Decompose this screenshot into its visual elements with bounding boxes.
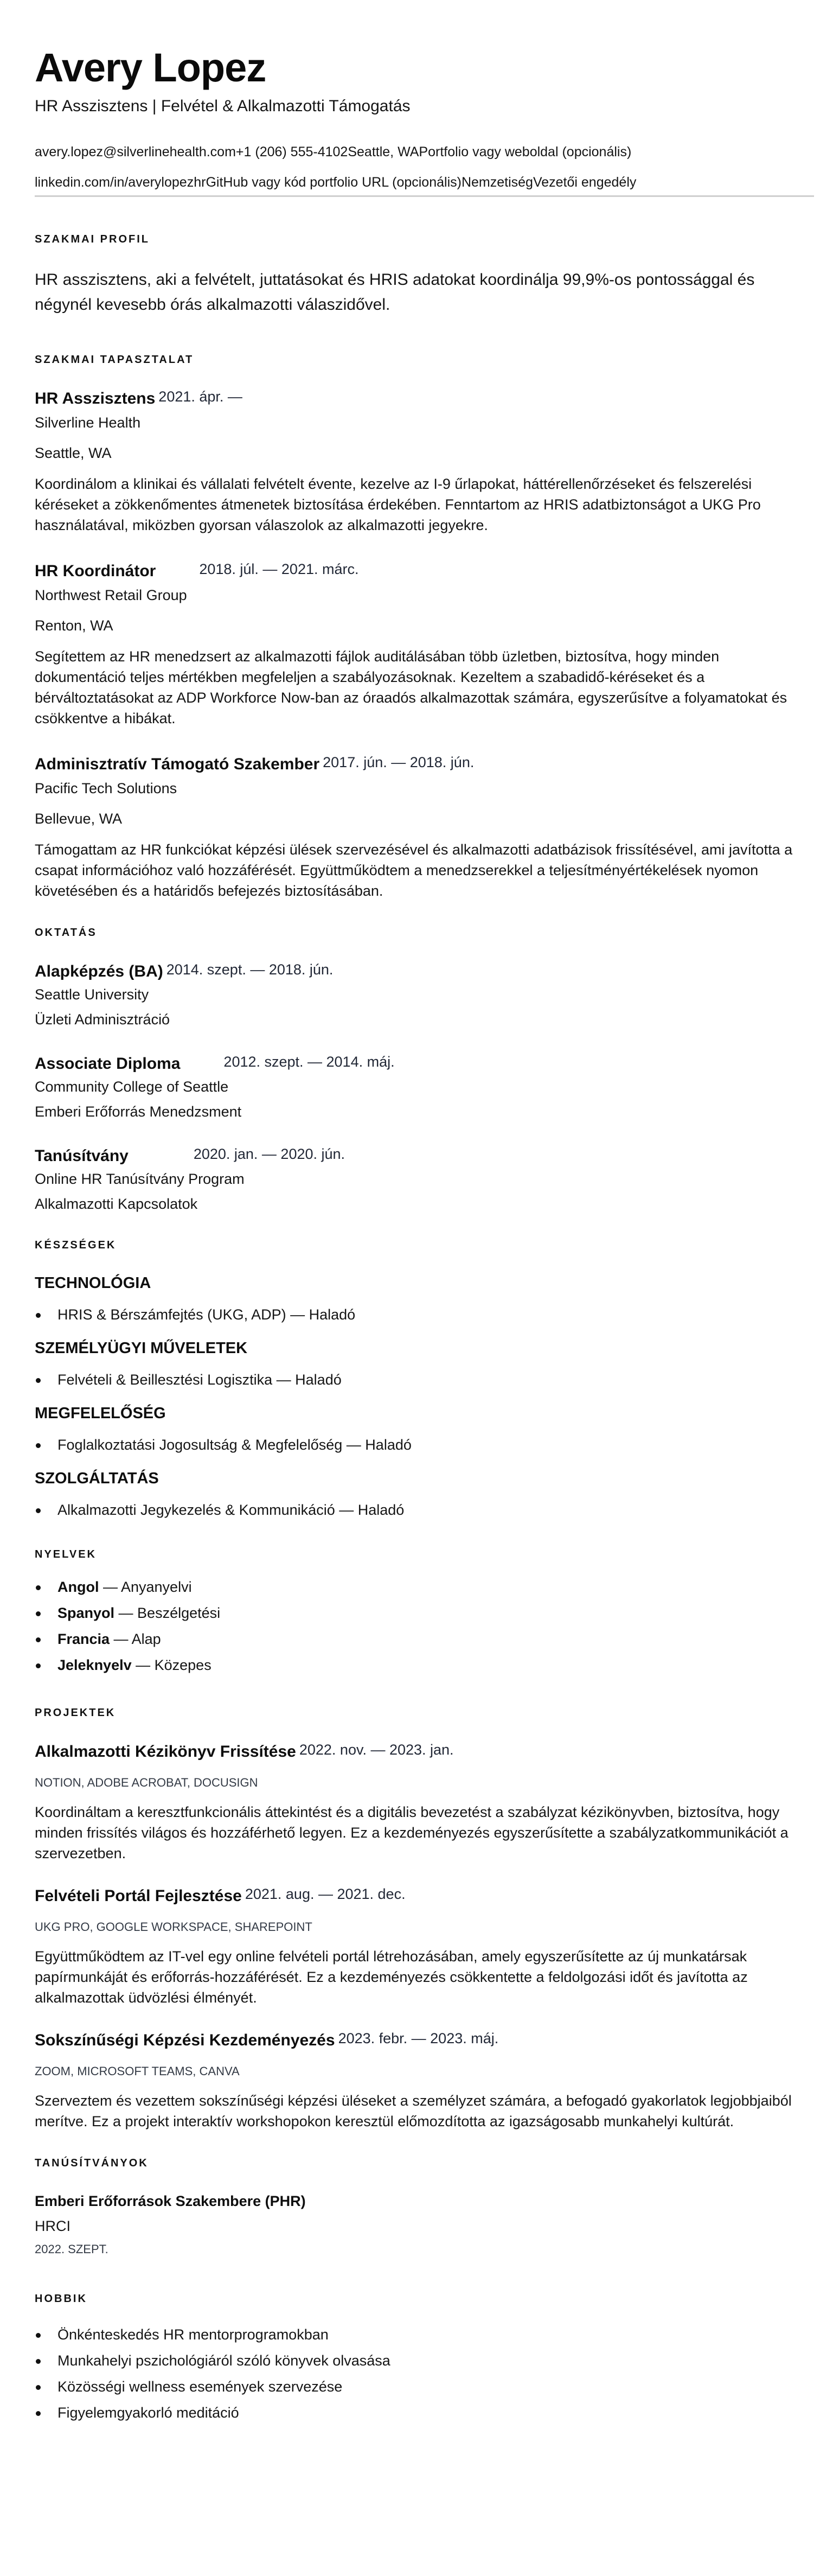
job-location: Seattle, WA bbox=[35, 443, 798, 463]
education-dates: 2014. szept. — 2018. jún. bbox=[166, 961, 334, 978]
contact-github[interactable]: GitHub vagy kód portfolio URL (opcionáli… bbox=[206, 175, 462, 190]
section-hobbies: Hobbik Önkénteskedés HR mentorprogramokb… bbox=[35, 2292, 798, 2422]
education-entry: Associate Diploma 2012. szept. — 2014. m… bbox=[35, 1053, 798, 1121]
skill-group: Szolgáltatás Alkalmazotti Jegykezelés & … bbox=[35, 1469, 798, 1520]
project-dates: 2021. aug. — 2021. dec. bbox=[245, 1885, 406, 1903]
section-title-skills: Készségek bbox=[35, 1239, 798, 1252]
job-dates: 2017. jún. — 2018. jún. bbox=[323, 754, 474, 771]
section-summary: Szakmai profil HR asszisztens, aki a fel… bbox=[35, 233, 798, 317]
experience-entry: HR Asszisztens 2021. ápr. — Silverline H… bbox=[35, 388, 798, 535]
project-description: Szerveztem és vezettem sokszínűségi képz… bbox=[35, 2090, 798, 2132]
project-description: Együttműködtem az IT-vel egy online felv… bbox=[35, 1946, 798, 2008]
job-location: Renton, WA bbox=[35, 616, 798, 635]
project-tools: UKG Pro, Google Workspace, SharePoint bbox=[35, 1919, 798, 1935]
contact-portfolio[interactable]: Portfolio vagy weboldal (opcionális) bbox=[419, 144, 631, 160]
project-entry: Alkalmazotti Kézikönyv Frissítése 2022. … bbox=[35, 1741, 798, 1864]
candidate-headline: HR Asszisztens | Felvétel & Alkalmazotti… bbox=[35, 95, 798, 117]
experience-entry: HR Koordinátor 2018. júl. — 2021. márc. … bbox=[35, 560, 798, 729]
skill-category: Személyügyi műveletek bbox=[35, 1338, 798, 1358]
section-languages: Nyelvek Angol — Anyanyelvi Spanyol — Bes… bbox=[35, 1548, 798, 1675]
school-name: Online HR Tanúsítvány Program bbox=[35, 1169, 798, 1189]
contact-linkedin[interactable]: linkedin.com/in/averylopezhr bbox=[35, 175, 206, 190]
contact-info: avery.lopez@silverlinehealth.com+1 (206)… bbox=[35, 137, 798, 197]
job-title: Adminisztratív Támogató Szakember bbox=[35, 754, 319, 775]
hobby-item: Közösségi wellness események szervezése bbox=[35, 2377, 798, 2396]
skill-item: Foglalkoztatási Jogosultság & Megfelelős… bbox=[35, 1435, 798, 1455]
job-title: HR Asszisztens bbox=[35, 388, 155, 410]
contact-email[interactable]: avery.lopez@silverlinehealth.com bbox=[35, 144, 236, 160]
contact-location: Seattle, WA bbox=[348, 144, 419, 160]
contact-drivers-license: Vezetői engedély bbox=[533, 175, 636, 190]
job-title: HR Koordinátor bbox=[35, 560, 156, 582]
job-company: Northwest Retail Group bbox=[35, 585, 798, 605]
skill-category: Technológia bbox=[35, 1273, 798, 1293]
section-title-education: Oktatás bbox=[35, 926, 798, 939]
project-description: Koordináltam a keresztfunkcionális áttek… bbox=[35, 1802, 798, 1864]
resume-header: Avery Lopez HR Asszisztens | Felvétel & … bbox=[35, 44, 798, 197]
section-experience: Szakmai tapasztalat HR Asszisztens 2021.… bbox=[35, 353, 798, 901]
skill-item: HRIS & Bérszámfejtés (UKG, ADP) — Haladó bbox=[35, 1305, 798, 1324]
education-dates: 2012. szept. — 2014. máj. bbox=[223, 1053, 394, 1070]
job-dates: 2018. júl. — 2021. márc. bbox=[199, 560, 358, 578]
degree-title: Associate Diploma bbox=[35, 1053, 180, 1075]
resume-page: Avery Lopez HR Asszisztens | Felvétel & … bbox=[0, 0, 833, 2472]
skill-group: Technológia HRIS & Bérszámfejtés (UKG, A… bbox=[35, 1273, 798, 1324]
certification-issuer: HRCI bbox=[35, 2216, 798, 2236]
skill-category: Megfelelőség bbox=[35, 1404, 798, 1423]
hobby-item: Önkénteskedés HR mentorprogramokban bbox=[35, 2325, 798, 2344]
project-name: Felvételi Portál Fejlesztése bbox=[35, 1885, 242, 1907]
skill-group: Személyügyi műveletek Felvételi & Beille… bbox=[35, 1338, 798, 1389]
section-title-summary: Szakmai profil bbox=[35, 233, 798, 246]
language-item: Francia — Alap bbox=[35, 1629, 798, 1649]
job-description: Támogattam az HR funkciókat képzési ülés… bbox=[35, 839, 798, 901]
certification-name: Emberi Erőforrások Szakembere (PHR) bbox=[35, 2191, 798, 2211]
education-entry: Tanúsítvány 2020. jan. — 2020. jún. Onli… bbox=[35, 1145, 798, 1214]
language-item: Angol — Anyanyelvi bbox=[35, 1577, 798, 1597]
project-name: Sokszínűségi Képzési Kezdeményezés bbox=[35, 2030, 335, 2051]
section-title-languages: Nyelvek bbox=[35, 1548, 798, 1561]
section-projects: Projektek Alkalmazotti Kézikönyv Frissít… bbox=[35, 1706, 798, 2132]
contact-phone[interactable]: +1 (206) 555-4102 bbox=[236, 144, 348, 160]
section-title-certifications: Tanúsítványok bbox=[35, 2157, 798, 2170]
field-of-study: Alkalmazotti Kapcsolatok bbox=[35, 1194, 798, 1214]
job-description: Koordinálom a klinikai és vállalati felv… bbox=[35, 474, 798, 535]
section-certifications: Tanúsítványok Emberi Erőforrások Szakemb… bbox=[35, 2157, 798, 2258]
certification-date: 2022. szept. bbox=[35, 2241, 798, 2258]
degree-title: Tanúsítvány bbox=[35, 1145, 129, 1167]
candidate-name: Avery Lopez bbox=[35, 44, 798, 91]
certification-entry: Emberi Erőforrások Szakembere (PHR) HRCI… bbox=[35, 2191, 798, 2258]
experience-entry: Adminisztratív Támogató Szakember 2017. … bbox=[35, 754, 798, 901]
project-entry: Sokszínűségi Képzési Kezdeményezés 2023.… bbox=[35, 2030, 798, 2132]
field-of-study: Üzleti Adminisztráció bbox=[35, 1010, 798, 1029]
section-skills: Készségek Technológia HRIS & Bérszámfejt… bbox=[35, 1239, 798, 1520]
education-dates: 2020. jan. — 2020. jún. bbox=[194, 1145, 345, 1163]
job-company: Silverline Health bbox=[35, 413, 798, 432]
school-name: Seattle University bbox=[35, 985, 798, 1004]
job-description: Segítettem az HR menedzsert az alkalmazo… bbox=[35, 646, 798, 729]
field-of-study: Emberi Erőforrás Menedzsment bbox=[35, 1102, 798, 1121]
contact-row-secondary: linkedin.com/in/averylopezhrGitHub vagy … bbox=[35, 167, 798, 197]
project-entry: Felvételi Portál Fejlesztése 2021. aug. … bbox=[35, 1885, 798, 2008]
contact-nationality: Nemzetiség bbox=[462, 175, 533, 190]
section-title-hobbies: Hobbik bbox=[35, 2292, 798, 2305]
summary-text: HR asszisztens, aki a felvételt, juttatá… bbox=[35, 267, 798, 317]
job-location: Bellevue, WA bbox=[35, 809, 798, 828]
project-tools: Zoom, Microsoft Teams, Canva bbox=[35, 2063, 798, 2080]
hobby-item: Figyelemgyakorló meditáció bbox=[35, 2403, 798, 2422]
hobby-item: Munkahelyi pszichológiáról szóló könyvek… bbox=[35, 2351, 798, 2370]
project-dates: 2023. febr. — 2023. máj. bbox=[338, 2030, 499, 2047]
project-dates: 2022. nov. — 2023. jan. bbox=[299, 1741, 454, 1758]
job-company: Pacific Tech Solutions bbox=[35, 779, 798, 798]
language-item: Jeleknyelv — Közepes bbox=[35, 1655, 798, 1675]
skill-item: Alkalmazotti Jegykezelés & Kommunikáció … bbox=[35, 1500, 798, 1520]
education-entry: Alapképzés (BA) 2014. szept. — 2018. jún… bbox=[35, 961, 798, 1029]
contact-row-primary: avery.lopez@silverlinehealth.com+1 (206)… bbox=[35, 137, 798, 167]
project-tools: Notion, Adobe Acrobat, DocuSign bbox=[35, 1775, 798, 1791]
school-name: Community College of Seattle bbox=[35, 1077, 798, 1096]
skill-group: Megfelelőség Foglalkoztatási Jogosultság… bbox=[35, 1404, 798, 1455]
section-education: Oktatás Alapképzés (BA) 2014. szept. — 2… bbox=[35, 926, 798, 1214]
skill-item: Felvételi & Beillesztési Logisztika — Ha… bbox=[35, 1370, 798, 1389]
project-name: Alkalmazotti Kézikönyv Frissítése bbox=[35, 1741, 296, 1763]
section-title-experience: Szakmai tapasztalat bbox=[35, 353, 798, 366]
section-title-projects: Projektek bbox=[35, 1706, 798, 1719]
degree-title: Alapképzés (BA) bbox=[35, 961, 163, 983]
language-item: Spanyol — Beszélgetési bbox=[35, 1603, 798, 1623]
skill-category: Szolgáltatás bbox=[35, 1469, 798, 1488]
job-dates: 2021. ápr. — bbox=[158, 388, 242, 405]
